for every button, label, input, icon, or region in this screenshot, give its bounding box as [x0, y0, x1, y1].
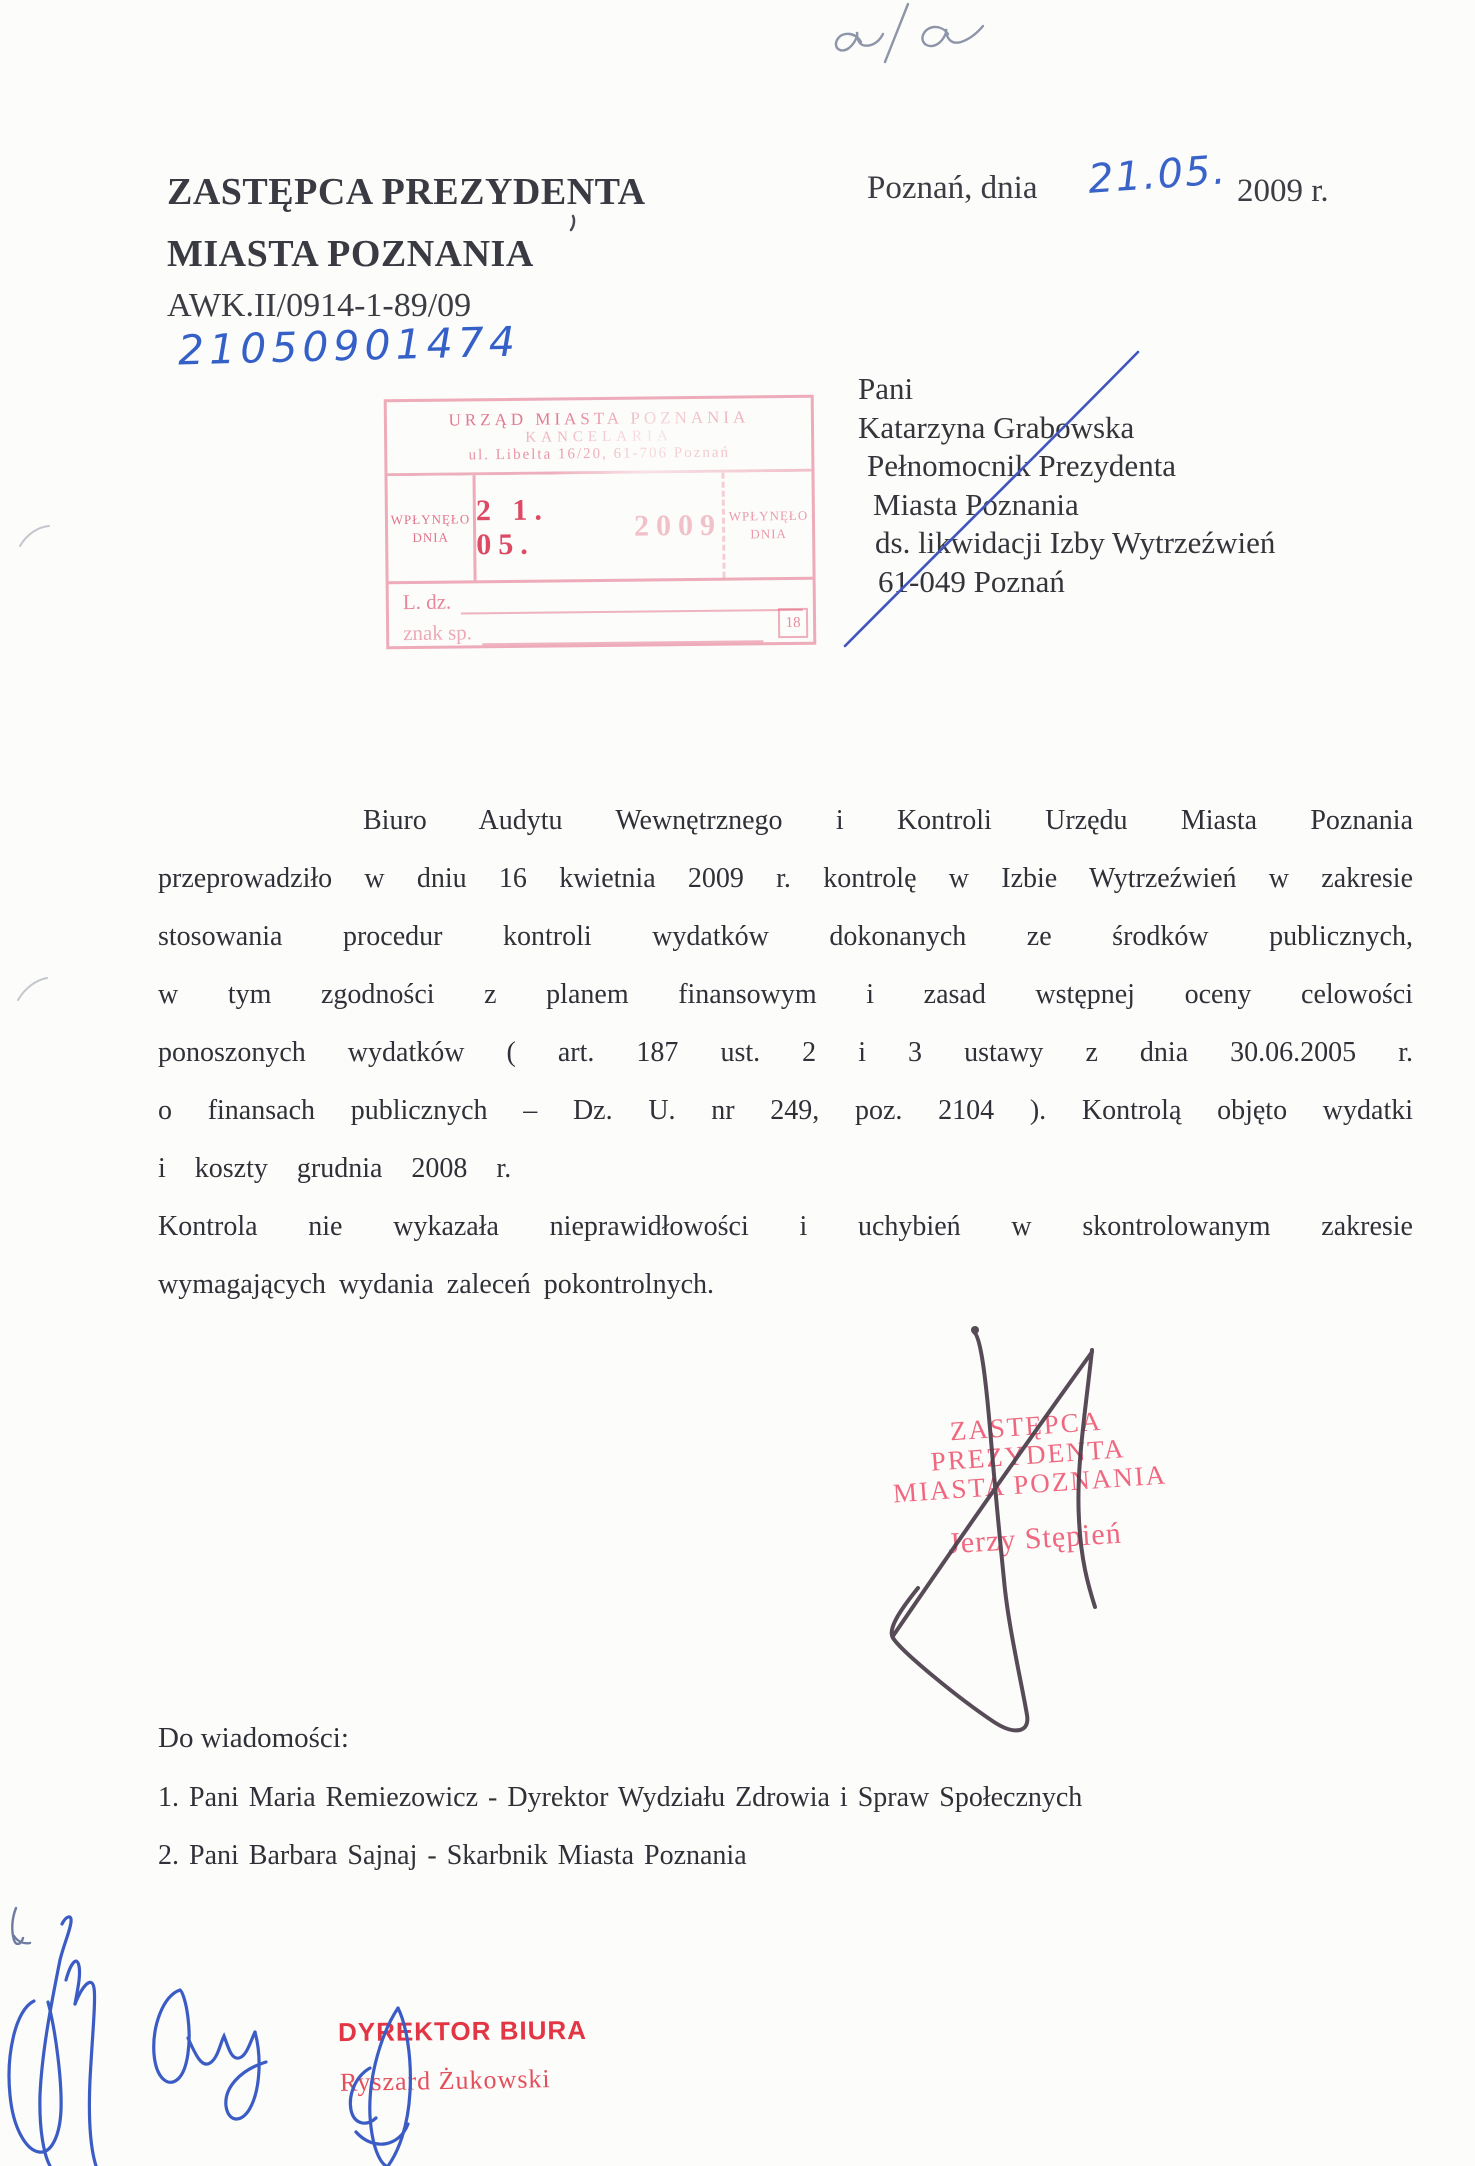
received-date-day: 2 1. 05. [476, 492, 620, 561]
stray-ink-mark [571, 216, 574, 230]
handwritten-aa-mark [836, 4, 983, 62]
director-stamp-title: DYREKTOR BIURA [338, 2015, 587, 2048]
recipient-function: ds. likwidacji Izby Wytrzeźwień [858, 524, 1275, 563]
bottom-left-ink-mark [12, 1908, 30, 1944]
registry-intake-stamp: URZĄD MIASTA POZNANIA KANCELARIA ul. Lib… [384, 395, 817, 649]
margin-scan-artifacts [18, 526, 49, 1000]
handwritten-date: 21.05. [1087, 147, 1229, 203]
recipient-block: Pani Katarzyna Grabowska Pełnomocnik Pre… [858, 370, 1275, 601]
received-date-label-left: WPŁYNĘŁO DNIA [388, 475, 477, 581]
recipient-postal: 61-049 Poznań [858, 563, 1275, 602]
znak-label: znak sp. [403, 620, 472, 646]
recipient-title: Pełnomocnik Prezydenta [858, 447, 1275, 486]
director-stamp-name: Ryszard Żukowski [340, 2064, 551, 2098]
sender-title-line2: MIASTA POZNANIA [167, 232, 534, 276]
znak-blank-line [482, 622, 763, 645]
body-line: stosowania procedur kontroli wydatków do… [158, 908, 1413, 966]
handwritten-registry-number: 21050901474 [177, 318, 520, 375]
date-year: 2009 r. [1237, 173, 1329, 210]
body-line: i koszty grudnia 2008 r. [158, 1140, 1413, 1198]
cc-heading: Do wiadomości: [158, 1722, 349, 1755]
received-date-label-right: WPŁYNĘŁO DNIA [721, 472, 812, 578]
cc-item: 1. Pani Maria Remiezowicz - Dyrektor Wyd… [158, 1782, 1082, 1814]
body-line: przeprowadziło w dniu 16 kwietnia 2009 r… [158, 850, 1413, 908]
body-line: Biuro Audytu Wewnętrznego i Kontroli Urz… [158, 792, 1413, 850]
body-line: ponoszonych wydatków ( art. 187 ust. 2 i… [158, 1024, 1413, 1082]
received-date-value: 2 1. 05. 2009 [476, 473, 723, 581]
registry-stamp-header: URZĄD MIASTA POZNANIA KANCELARIA ul. Lib… [387, 398, 812, 476]
recipient-salutation: Pani [858, 370, 1275, 409]
body-line: o finansach publicznych – Dz. U. nr 249,… [158, 1082, 1413, 1140]
recipient-title2: Miasta Poznania [858, 486, 1275, 525]
scanned-letter-page: ZASTĘPCA PREZYDENTA MIASTA POZNANIA AWK.… [0, 0, 1475, 2166]
received-date-year: 2009 [634, 508, 722, 543]
deputy-mayor-stamp-name: Jerzy Stępień [947, 1517, 1123, 1562]
recipient-name: Katarzyna Grabowska [858, 409, 1275, 448]
body-line: wymagających wydania zaleceń pokontrolny… [158, 1256, 1413, 1314]
body-line: Kontrola nie wykazała nieprawidłowości i… [158, 1198, 1413, 1256]
ldz-label: L. dz. [403, 590, 452, 616]
deputy-mayor-stamp: ZASTĘPCA PREZYDENTA MIASTA POZNANIA [857, 1400, 1198, 1510]
body-line: w tym zgodności z planem finansowym i za… [158, 966, 1413, 1024]
place-date-label: Poznań, dnia [867, 170, 1037, 207]
registry-stamp-address: ul. Libelta 16/20, 61-706 Poznań [387, 444, 811, 465]
sender-title-line1: ZASTĘPCA PREZYDENTA [167, 170, 646, 214]
cc-item: 2. Pani Barbara Sajnaj - Skarbnik Miasta… [158, 1840, 747, 1872]
letter-body: Biuro Audytu Wewnętrznego i Kontroli Urz… [158, 792, 1413, 1314]
stamp-corner-number: 18 [778, 608, 808, 638]
ldz-blank-line [461, 591, 803, 615]
